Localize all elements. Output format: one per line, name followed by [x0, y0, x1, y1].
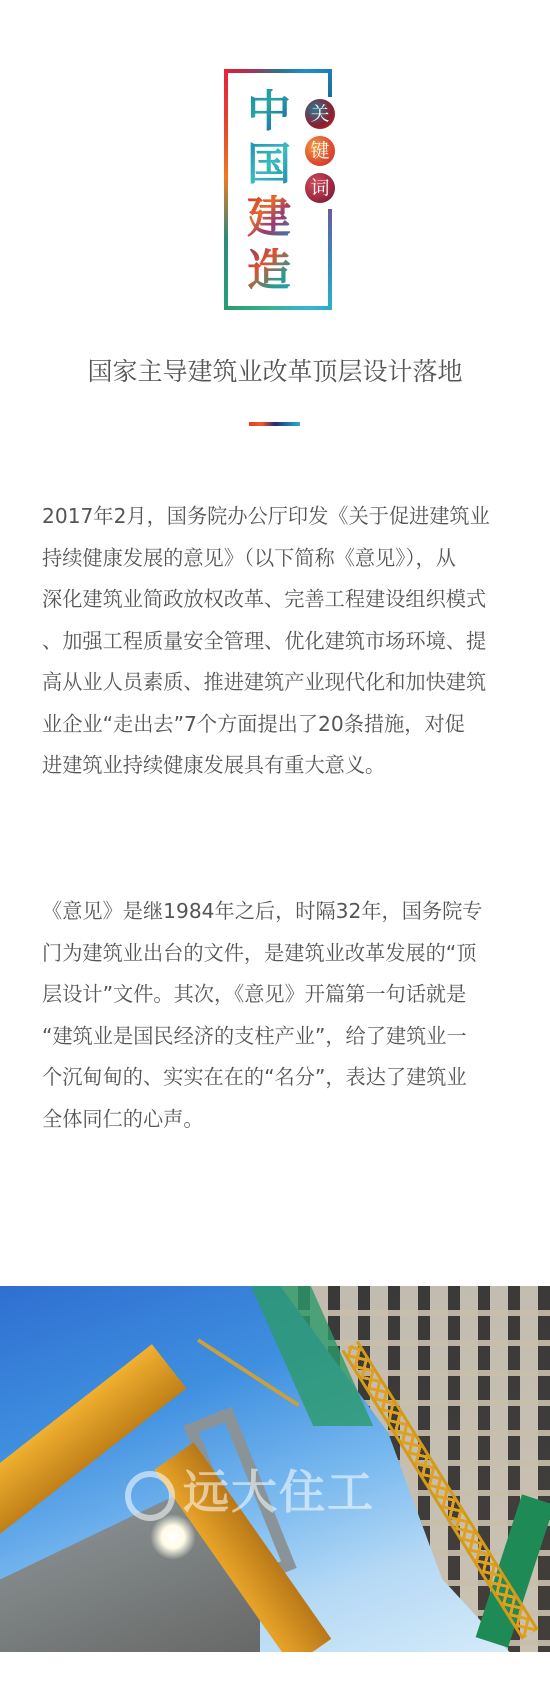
paragraph-line: 深化建筑业简政放权改革、完善工程建设组织模式 — [42, 579, 510, 621]
headline-divider — [249, 422, 300, 426]
badge-frame-left — [224, 69, 228, 310]
keyword-circle-ci: 词 — [305, 173, 335, 203]
paragraph-line: 个沉甸甸的、实实在在的“名分”，表达了建筑业 — [42, 1057, 510, 1099]
badge-char-guo: 国 — [246, 142, 292, 188]
article-paragraph-2: 《意见》是继1984年之后，时隔32年，国务院专 门为建筑业出台的文件，是建筑业… — [42, 891, 510, 1140]
badge-char-zao: 造 — [246, 248, 292, 294]
paragraph-line: 高从业人员素质、推进建筑产业现代化和加快建筑 — [42, 662, 510, 704]
paragraph-line: 《意见》是继1984年之后，时隔32年，国务院专 — [42, 891, 510, 933]
paragraph-line: 业企业“走出去”7个方面提出了20条措施，对促 — [42, 704, 510, 746]
paragraph-line: 全体同仁的心声。 — [42, 1099, 510, 1141]
badge-frame-top — [224, 69, 332, 73]
paragraph-line: 进建筑业持续健康发展具有重大意义。 — [42, 745, 510, 787]
badge-frame-bottom — [224, 306, 332, 310]
paragraph-line: 2017年2月，国务院办公厅印发《关于促进建筑业 — [42, 496, 510, 538]
article-headline: 国家主导建筑业改革顶层设计落地 — [0, 352, 550, 388]
watermark-logo-icon — [125, 1471, 175, 1521]
article-paragraph-1: 2017年2月，国务院办公厅印发《关于促进建筑业 持续健康发展的意见》（以下简称… — [42, 496, 510, 787]
paragraph-line: 、加强工程质量安全管理、优化建筑市场环境、提 — [42, 621, 510, 663]
construction-site-photo: 远大住工 — [0, 1286, 550, 1652]
paragraph-line: 门为建筑业出台的文件，是建筑业改革发展的“顶 — [42, 933, 510, 975]
badge-char-zhong: 中 — [246, 89, 292, 135]
badge-frame-right-top — [328, 69, 332, 97]
badge-frame-right-bottom — [328, 209, 332, 310]
paragraph-line: 层设计”文件。其次，《意见》开篇第一句话就是 — [42, 974, 510, 1016]
badge-char-jian: 建 — [246, 195, 292, 241]
keyword-circle-guan: 关 — [305, 99, 335, 129]
keyword-circle-jian: 键 — [305, 136, 335, 166]
watermark: 远大住工 — [125, 1456, 375, 1522]
paragraph-line: “建筑业是国民经济的支柱产业”，给了建筑业一 — [42, 1016, 510, 1058]
watermark-text: 远大住工 — [183, 1465, 375, 1519]
paragraph-line: 持续健康发展的意见》（以下简称《意见》），从 — [42, 538, 510, 580]
keyword-badge-logo: 中 国 建 造 关 键 词 — [224, 69, 332, 310]
